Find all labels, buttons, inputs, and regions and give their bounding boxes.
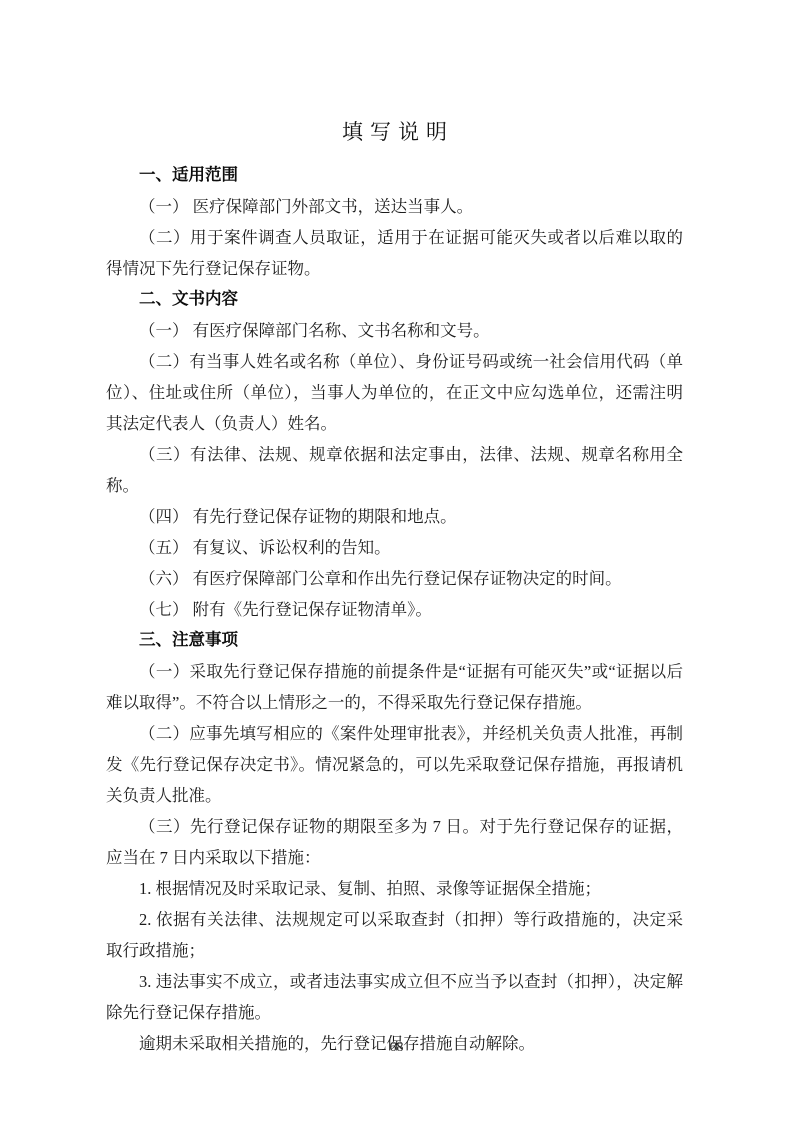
paragraph: （五） 有复议、诉讼权利的告知。	[106, 532, 683, 563]
paragraph: （二）用于案件调查人员取证，适用于在证据可能灭失或者以后难以取的得情况下先行登记…	[106, 222, 683, 284]
paragraph: （一）采取先行登记保存措施的前提条件是“证据有可能灭失”或“证据以后难以取得”。…	[106, 656, 683, 718]
document-content: 填写说明 一、适用范围 （一） 医疗保障部门外部文书，送达当事人。 （二）用于案…	[106, 112, 683, 1059]
paragraph: （一） 有医疗保障部门名称、文书名称和文号。	[106, 315, 683, 346]
section-applicable-scope: 一、适用范围 （一） 医疗保障部门外部文书，送达当事人。 （二）用于案件调查人员…	[106, 160, 683, 284]
paragraph: （四） 有先行登记保存证物的期限和地点。	[106, 501, 683, 532]
section-notes: 三、注意事项 （一）采取先行登记保存措施的前提条件是“证据有可能灭失”或“证据以…	[106, 625, 683, 1059]
paragraph: （六） 有医疗保障部门公章和作出先行登记保存证物决定的时间。	[106, 563, 683, 594]
paragraph: （二）应事先填写相应的《案件处理审批表》，并经机关负责人批准，再制发《先行登记保…	[106, 718, 683, 811]
paragraph: （二）有当事人姓名或名称（单位）、身份证号码或统一社会信用代码（单位）、住址或住…	[106, 346, 683, 439]
paragraph: （三）有法律、法规、规章依据和法定事由，法律、法规、规章名称用全称。	[106, 439, 683, 501]
page-title: 填写说明	[106, 112, 683, 152]
paragraph: （七） 附有《先行登记保存证物清单》。	[106, 594, 683, 625]
paragraph: （一） 医疗保障部门外部文书，送达当事人。	[106, 191, 683, 222]
section-heading-applicable-scope: 一、适用范围	[106, 160, 683, 191]
paragraph: 2. 依据有关法律、法规规定可以采取查封（扣押）等行政措施的，决定采取行政措施；	[106, 904, 683, 966]
section-heading-notes: 三、注意事项	[106, 625, 683, 656]
paragraph: 3. 违法事实不成立，或者违法事实成立但不应当予以查封（扣押），决定解除先行登记…	[106, 966, 683, 1028]
section-document-contents: 二、文书内容 （一） 有医疗保障部门名称、文书名称和文号。 （二）有当事人姓名或…	[106, 284, 683, 625]
paragraph: （三）先行登记保存证物的期限至多为 7 日。对于先行登记保存的证据，应当在 7 …	[106, 811, 683, 873]
document-page: 填写说明 一、适用范围 （一） 医疗保障部门外部文书，送达当事人。 （二）用于案…	[0, 0, 793, 1122]
section-heading-document-contents: 二、文书内容	[106, 284, 683, 315]
paragraph: 1. 根据情况及时采取记录、复制、拍照、录像等证据保全措施；	[106, 873, 683, 904]
page-number: 68	[0, 1040, 793, 1056]
